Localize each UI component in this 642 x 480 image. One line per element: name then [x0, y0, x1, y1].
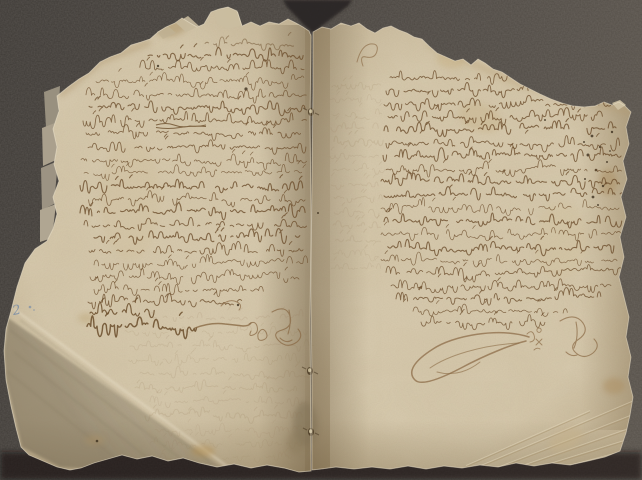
stitch-thread	[309, 109, 312, 113]
blue-pencil-dot	[29, 306, 32, 309]
wormhole	[591, 135, 594, 138]
stain	[534, 200, 586, 280]
wormhole	[96, 440, 99, 443]
wormhole	[606, 161, 608, 163]
stain	[603, 378, 625, 394]
wormhole	[584, 178, 586, 180]
wormhole	[317, 212, 319, 214]
wormhole	[609, 150, 611, 152]
wormhole	[611, 131, 613, 133]
wormhole	[157, 65, 159, 67]
wormhole	[544, 119, 546, 121]
blue-pencil-dot	[33, 309, 35, 311]
wormhole	[583, 141, 585, 143]
wormhole	[237, 304, 239, 306]
stain	[85, 435, 105, 445]
stain	[100, 140, 160, 260]
stain	[191, 445, 215, 457]
wormhole	[597, 204, 599, 206]
archival-photo-stage: 2	[0, 0, 642, 480]
wormhole	[592, 196, 595, 199]
stain	[287, 431, 305, 455]
manuscript-photograph: 2	[0, 0, 642, 480]
